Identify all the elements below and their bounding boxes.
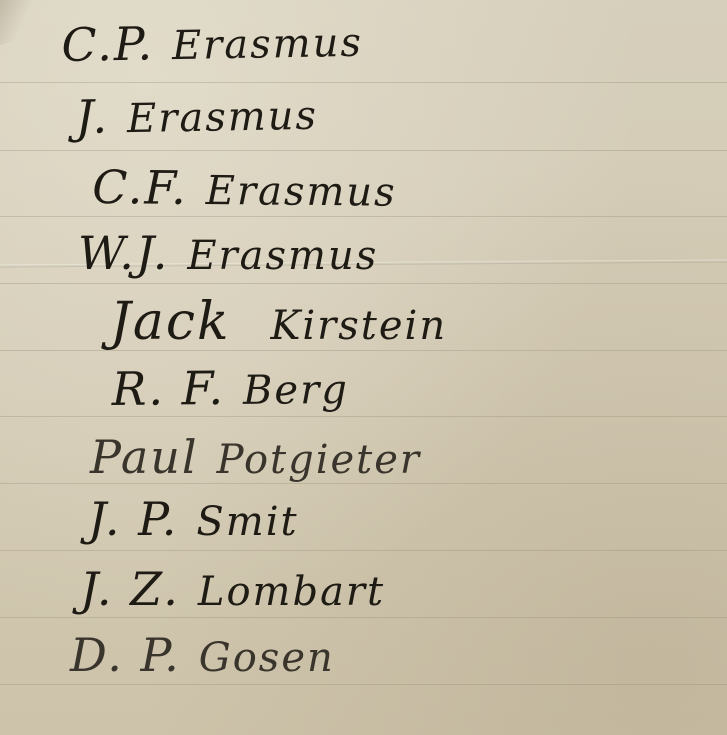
ruled-line — [0, 617, 727, 618]
corner-fold — [0, 0, 47, 49]
signature-initials: W.J. — [78, 226, 169, 280]
signature-initials: C.P. — [61, 16, 154, 72]
ruled-line — [0, 283, 727, 284]
signature-1: C.P.Erasmus — [61, 13, 363, 72]
signature-2: J.Erasmus — [75, 86, 318, 144]
signature-5: JackKirstein — [110, 292, 447, 352]
signature-initials: D. P. — [70, 628, 181, 682]
ruled-paper-sheet: C.P.Erasmus J.Erasmus C.F.Erasmus W.J.Er… — [0, 0, 727, 735]
signature-initials: Jack — [110, 292, 230, 352]
signature-surname: Gosen — [199, 635, 335, 681]
signature-surname: Smit — [196, 499, 298, 545]
signature-surname: Kirstein — [270, 303, 447, 349]
signature-initials: J. P. — [88, 492, 178, 546]
ruled-line — [0, 416, 727, 417]
signature-initials: Paul — [90, 430, 199, 484]
signature-4: W.J.Erasmus — [78, 226, 378, 280]
ruled-line — [0, 684, 727, 685]
signature-surname: Erasmus — [172, 20, 364, 69]
signature-initials: R. F. — [112, 361, 226, 416]
signature-surname: Berg — [243, 367, 349, 414]
signature-initials: J. — [75, 89, 109, 144]
signature-surname: Erasmus — [127, 93, 319, 142]
signature-6: R. F.Berg — [112, 360, 350, 416]
signature-7: PaulPotgieter — [90, 430, 421, 484]
signature-surname: Erasmus — [206, 168, 397, 216]
signature-initials: C.F. — [92, 160, 188, 215]
signature-surname: Potgieter — [217, 437, 421, 483]
signature-3: C.F.Erasmus — [92, 160, 397, 217]
signature-surname: Lombart — [198, 569, 385, 615]
signature-8: J. P.Smit — [88, 492, 299, 546]
signature-surname: Erasmus — [187, 233, 378, 279]
ruled-line — [0, 150, 727, 151]
signature-9: J. Z.Lombart — [80, 562, 385, 616]
signature-10: D. P.Gosen — [70, 628, 335, 682]
ruled-line — [0, 82, 727, 83]
signature-initials: J. Z. — [80, 562, 180, 616]
ruled-line — [0, 550, 727, 551]
